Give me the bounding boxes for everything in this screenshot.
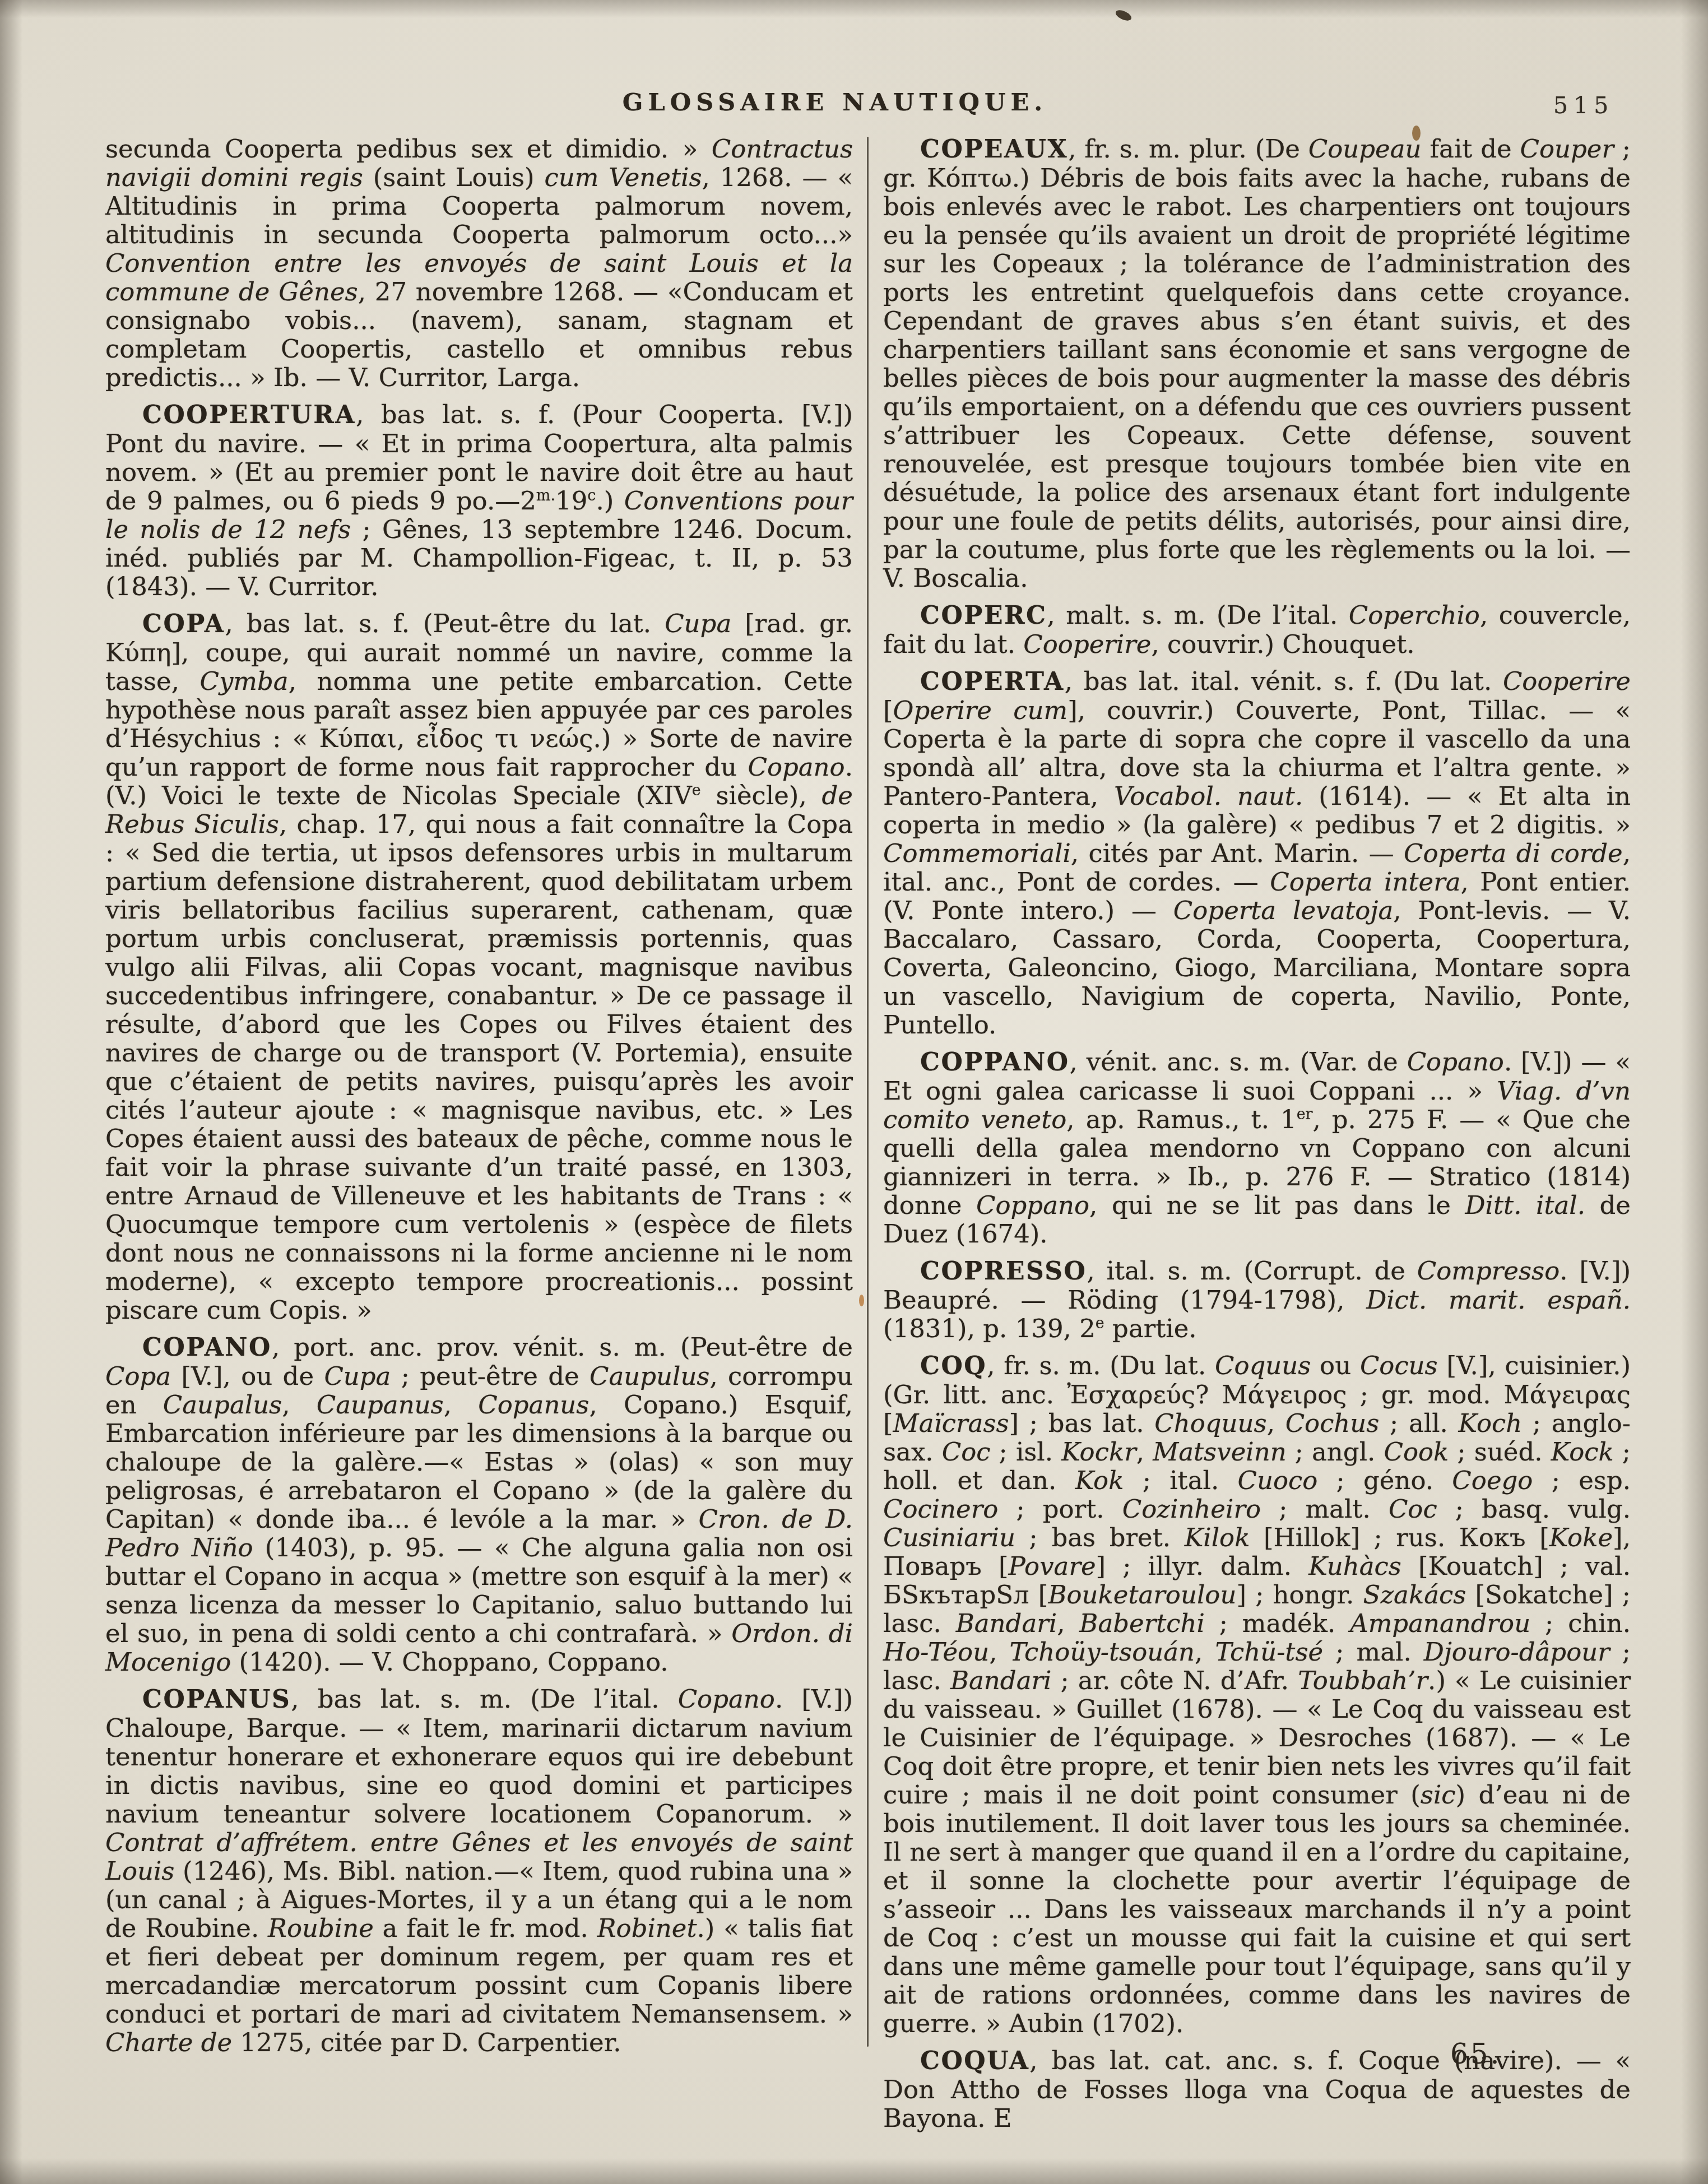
entry-coqua: COQUA, bas lat. cat. anc. s. f. Coque (n… bbox=[883, 2046, 1631, 2132]
column-right: COPEAUX, fr. s. m. plur. (De Coupeau fai… bbox=[883, 135, 1631, 2132]
text-segment: a fait le fr. mod. bbox=[374, 1913, 597, 1943]
entry-copano: COPANO, port. anc. prov. vénit. s. m. (P… bbox=[105, 1333, 853, 1676]
text-segment: Commemoriali bbox=[883, 838, 1071, 868]
text-segment: Caupalus bbox=[163, 1390, 282, 1420]
text-segment: , ital. s. m. (Corrupt. de bbox=[1087, 1256, 1417, 1286]
text-segment: Couper bbox=[1520, 134, 1614, 164]
text-segment: Tchoüy-tsouán bbox=[1010, 1637, 1195, 1667]
text-segment: c bbox=[587, 487, 596, 504]
text-segment: 1275, citée par D. Carpentier. bbox=[232, 2028, 621, 2057]
text-segment: , fr. s. m. plur. (De bbox=[1068, 134, 1308, 164]
entry-headword: COPEAUX bbox=[920, 135, 1068, 164]
text-segment: Cocus bbox=[1360, 1351, 1438, 1380]
text-segment: Cooperire bbox=[1023, 629, 1151, 659]
text-segment: Kuhàcs bbox=[1308, 1551, 1401, 1581]
text-segment: Operire cum bbox=[893, 695, 1068, 725]
entry-headword: COQUA bbox=[920, 2047, 1029, 2075]
text-segment: Coperchio bbox=[1349, 600, 1480, 630]
page-title: GLOSSAIRE NAUTIQUE. bbox=[0, 89, 1670, 117]
text-segment: , bas lat. s. m. (De l’ital. bbox=[291, 1684, 677, 1714]
entry-headword: COPRESSO bbox=[920, 1257, 1087, 1286]
text-segment: Coppano bbox=[976, 1190, 1089, 1220]
text-segment: Bouketaroulou bbox=[1048, 1580, 1236, 1610]
text-segment: sic bbox=[1421, 1780, 1456, 1810]
text-segment: fait de bbox=[1422, 134, 1520, 164]
text-segment: .) bbox=[596, 486, 624, 516]
text-segment: , couvrir.) Chouquet. bbox=[1151, 629, 1414, 659]
text-segment: Koke bbox=[1549, 1523, 1613, 1552]
text-segment: ; mal. bbox=[1323, 1637, 1424, 1667]
text-segment: , bbox=[1136, 1437, 1153, 1467]
text-segment: ; suéd. bbox=[1449, 1437, 1551, 1467]
entry-coperc: COPERC, malt. s. m. (De l’ital. Coperchi… bbox=[883, 601, 1631, 659]
text-segment: Charte de bbox=[105, 2028, 232, 2057]
text-segment: Caupanus bbox=[317, 1390, 444, 1420]
entry-copa: COPA, bas lat. s. f. (Peut-être du lat. … bbox=[105, 609, 853, 1324]
text-segment: Kockr bbox=[1061, 1437, 1136, 1467]
page-number: 515 bbox=[1553, 92, 1614, 119]
entry-coppano: COPPANO, vénit. anc. s. m. (Var. de Copa… bbox=[883, 1047, 1631, 1248]
text-segment: Maïcrass bbox=[893, 1408, 1009, 1438]
text-segment: Cupa bbox=[324, 1361, 391, 1391]
text-segment: Ditt. ital. bbox=[1465, 1190, 1585, 1220]
text-segment: , bas lat. s. f. (Peut-être du lat. bbox=[225, 609, 665, 638]
entry-coopertura: COOPERTURA, bas lat. s. f. (Pour Coopert… bbox=[105, 400, 853, 601]
text-segment: Ho-Téou bbox=[883, 1637, 989, 1667]
text-segment: Kilok bbox=[1185, 1523, 1250, 1552]
text-segment: Cymba bbox=[200, 666, 289, 696]
text-segment: Cooperire bbox=[1503, 666, 1631, 696]
text-segment: er bbox=[1297, 1106, 1313, 1123]
text-segment: 19 bbox=[555, 486, 587, 516]
text-segment: , fr. s. m. (Du lat. bbox=[987, 1351, 1215, 1380]
text-segment: ; madék. bbox=[1205, 1608, 1350, 1638]
text-segment: , bbox=[989, 1637, 1009, 1667]
text-segment: , bbox=[1057, 1608, 1079, 1638]
text-segment: ; malt. bbox=[1261, 1494, 1389, 1524]
text-segment: Cocinero bbox=[883, 1494, 998, 1524]
entry-headword: COOPERTURA bbox=[142, 401, 356, 429]
entry-headword: COPANO bbox=[142, 1333, 272, 1362]
text-segment: Kock bbox=[1551, 1437, 1614, 1467]
text-segment: Coego bbox=[1452, 1466, 1533, 1495]
text-segment: Copano bbox=[678, 1684, 775, 1714]
text-segment: (saint Louis) bbox=[363, 163, 545, 192]
text-segment: Copanus bbox=[478, 1390, 589, 1420]
text-segment: e bbox=[1096, 1315, 1104, 1332]
text-segment: , qui ne se lit pas dans le bbox=[1089, 1190, 1465, 1220]
text-segment: ; chin. bbox=[1530, 1608, 1631, 1638]
text-segment: , port. anc. prov. vénit. s. m. (Peut-êt… bbox=[272, 1332, 853, 1362]
text-segment: e bbox=[692, 782, 701, 799]
scan-speck bbox=[1412, 126, 1421, 141]
text-segment: secunda Cooperta pedibus sex et dimidio.… bbox=[105, 134, 712, 164]
text-segment: Bandari bbox=[950, 1666, 1051, 1695]
text-segment: Choquus bbox=[1154, 1408, 1266, 1438]
text-segment: , malt. s. m. (De l’ital. bbox=[1047, 600, 1349, 630]
text-segment: Povare bbox=[1009, 1551, 1096, 1581]
text-segment: Djouro-dâpour bbox=[1424, 1637, 1610, 1667]
text-segment: ; esp. bbox=[1533, 1466, 1631, 1495]
text-segment: ] ; illyr. dalm. bbox=[1096, 1551, 1309, 1581]
text-segment: Coupeau bbox=[1308, 134, 1422, 164]
text-segment: ; peut-être de bbox=[391, 1361, 590, 1391]
text-segment: Babertchi bbox=[1079, 1608, 1205, 1638]
text-segment: (1420). — V. Choppano, Coppano. bbox=[231, 1647, 668, 1677]
text-segment: [V.], ou de bbox=[171, 1361, 324, 1391]
text-segment: Cusiniariu bbox=[883, 1523, 1015, 1552]
text-segment: [ bbox=[883, 695, 893, 725]
text-segment: Coc bbox=[942, 1437, 991, 1467]
text-segment: , bbox=[444, 1390, 479, 1420]
text-segment: ) d’eau ni de bois inutilement. Il doit … bbox=[883, 1780, 1631, 2038]
text-segment: siècle), bbox=[701, 781, 822, 810]
text-segment: Cochus bbox=[1285, 1408, 1380, 1438]
entry-coperta: COPERTA, bas lat. ital. vénit. s. f. (Du… bbox=[883, 667, 1631, 1039]
entry-headword: COPA bbox=[142, 610, 225, 638]
text-segment: [Hillok] ; rus. Кокъ [ bbox=[1250, 1523, 1549, 1552]
text-segment: Coc bbox=[1389, 1494, 1437, 1524]
text-segment: ; géno. bbox=[1317, 1466, 1452, 1495]
text-segment: Tchü-tsé bbox=[1215, 1637, 1323, 1667]
text-segment: Koch bbox=[1459, 1408, 1523, 1438]
text-segment: ; gr. Κόπτω.) Débris de bois faits avec … bbox=[883, 134, 1631, 593]
text-segment: Roubine bbox=[268, 1913, 374, 1943]
entry-headword: COPERC bbox=[920, 601, 1047, 630]
text-segment: m. bbox=[536, 487, 555, 504]
text-segment: , vénit. anc. s. m. (Var. de bbox=[1070, 1047, 1407, 1077]
text-segment: , bbox=[282, 1390, 317, 1420]
text-segment: ; bas bret. bbox=[1015, 1523, 1185, 1552]
text-segment: (1831), p. 139, 2 bbox=[883, 1314, 1096, 1343]
text-segment: ] ; bas lat. bbox=[1009, 1408, 1155, 1438]
text-segment: Coperta di corde bbox=[1404, 838, 1623, 868]
text-segment: Robinet bbox=[597, 1913, 697, 1943]
text-segment: Copa bbox=[105, 1361, 171, 1391]
column-left: secunda Cooperta pedibus sex et dimidio.… bbox=[105, 135, 853, 2057]
paragraph-continuation: secunda Cooperta pedibus sex et dimidio.… bbox=[105, 135, 853, 392]
text-segment: Caupulus bbox=[590, 1361, 710, 1391]
scan-speck bbox=[859, 1295, 864, 1306]
text-segment: Cozinheiro bbox=[1122, 1494, 1261, 1524]
text-segment: , bbox=[1267, 1408, 1285, 1438]
text-segment: , chap. 17, qui nous a fait connaître la… bbox=[105, 809, 853, 1325]
text-segment: ; basq. vulg. bbox=[1437, 1494, 1631, 1524]
text-segment: Copano bbox=[1407, 1047, 1504, 1077]
text-segment: Cuoco bbox=[1237, 1466, 1317, 1495]
text-segment: Coperta intera bbox=[1270, 867, 1460, 897]
scanned-page: { "header": { "title": "GLOSSAIRE NAUTIQ… bbox=[0, 0, 1708, 2184]
text-segment: ; port. bbox=[998, 1494, 1122, 1524]
text-segment: Matsveinn bbox=[1153, 1437, 1287, 1467]
text-segment: ; all. bbox=[1379, 1408, 1458, 1438]
text-segment: Kok bbox=[1075, 1466, 1124, 1495]
text-segment: Coquus bbox=[1215, 1351, 1311, 1380]
entry-headword: COPPANO bbox=[920, 1048, 1070, 1077]
text-segment: Dict. marit. españ. bbox=[1366, 1285, 1631, 1315]
text-segment: , bbox=[1195, 1637, 1215, 1667]
text-segment: ; angl. bbox=[1287, 1437, 1384, 1467]
text-segment: ; isl. bbox=[990, 1437, 1061, 1467]
scan-speck bbox=[1114, 8, 1133, 23]
text-segment: Szakács bbox=[1363, 1580, 1466, 1610]
text-segment: Ampanandrou bbox=[1350, 1608, 1530, 1638]
text-segment: Cupa bbox=[665, 609, 731, 638]
signature-mark: 65. bbox=[1450, 2038, 1502, 2070]
entry-copeaux: COPEAUX, fr. s. m. plur. (De Coupeau fai… bbox=[883, 135, 1631, 592]
text-segment: Compresso bbox=[1417, 1256, 1560, 1286]
text-segment: ; ar. côte N. d’Afr. bbox=[1051, 1666, 1298, 1695]
entry-headword: COPERTA bbox=[920, 667, 1065, 696]
text-segment: partie. bbox=[1104, 1314, 1197, 1343]
entry-copanus: COPANUS, bas lat. s. m. (De l’ital. Copa… bbox=[105, 1685, 853, 2057]
text-segment: , bas lat. ital. vénit. s. f. (Du lat. bbox=[1065, 666, 1503, 696]
text-segment: Cook bbox=[1384, 1437, 1449, 1467]
text-segment: ] ; hongr. bbox=[1236, 1580, 1363, 1610]
text-segment: , ap. Ramus., t. 1 bbox=[1066, 1105, 1296, 1134]
text-segment: Vocabol. naut. bbox=[1114, 781, 1303, 811]
text-segment: Coperta levatoja bbox=[1173, 896, 1393, 925]
text-segment: , cités par Ant. Marin. — bbox=[1071, 838, 1404, 868]
entry-coq: COQ, fr. s. m. (Du lat. Coquus ou Cocus … bbox=[883, 1351, 1631, 2038]
text-segment: Toubbah’r bbox=[1298, 1666, 1428, 1695]
entry-headword: COPANUS bbox=[142, 1685, 291, 1714]
entry-copresso: COPRESSO, ital. s. m. (Corrupt. de Compr… bbox=[883, 1256, 1631, 1343]
text-segment: Copano bbox=[748, 752, 844, 782]
text-segment: ; ital. bbox=[1124, 1466, 1237, 1495]
text-segment: cum Venetis bbox=[545, 163, 702, 192]
text-segment: ou bbox=[1311, 1351, 1360, 1380]
column-divider-rule bbox=[867, 137, 869, 2047]
entry-headword: COQ bbox=[920, 1352, 987, 1380]
text-segment: Bandari bbox=[956, 1608, 1057, 1638]
